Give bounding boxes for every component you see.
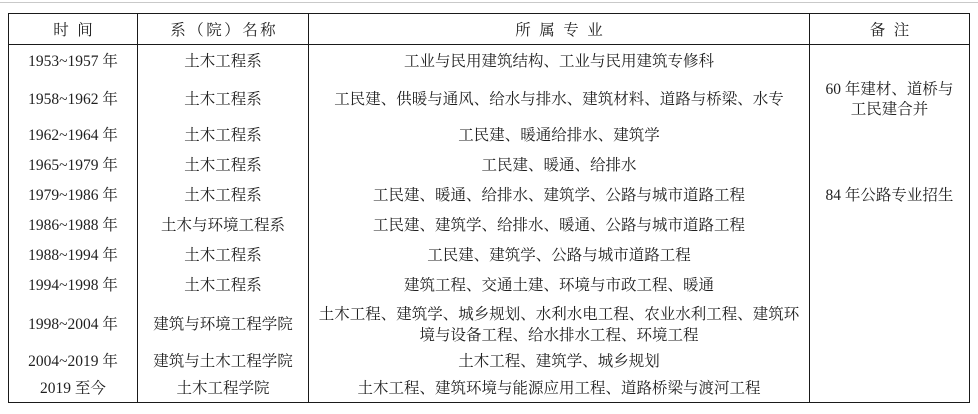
cell-majors: 土木工程、建筑环境与能源应用工程、道路桥梁与渡河工程 [309,375,810,403]
cell-remark [810,375,970,403]
cell-majors: 工民建、暖通给排水、建筑学 [309,121,810,151]
cell-time: 1962~1964 年 [9,121,138,151]
cell-time: 1953~1957 年 [9,45,138,79]
header-row: 时间 系（院）名称 所属专业 备注 [9,14,970,45]
cell-remark [810,241,970,271]
cell-time: 2019 至今 [9,375,138,403]
page-top-edge-line [0,2,978,3]
table-row: 1986~1988 年 土木与环境工程系 工民建、建筑学、给排水、暖通、公路与城… [9,211,970,241]
document-page: { "table": { "columns": ["时间", "系（院）名称",… [0,0,978,414]
cell-remark: 60 年建材、道桥与工民建合并 [810,79,970,121]
cell-dept: 土木工程系 [138,121,309,151]
cell-time: 1979~1986 年 [9,181,138,211]
cell-majors: 工民建、建筑学、给排水、暖通、公路与城市道路工程 [309,211,810,241]
col-header-remark: 备注 [810,14,970,45]
table-row: 1958~1962 年 土木工程系 工民建、供暖与通风、给水与排水、建筑材料、道… [9,79,970,121]
cell-majors: 工民建、暖通、给排水、建筑学、公路与城市道路工程 [309,181,810,211]
table-row: 1998~2004 年 建筑与环境工程学院 土木工程、建筑学、城乡规划、水利水电… [9,301,970,349]
cell-remark [810,271,970,301]
cell-remark: 84 年公路专业招生 [810,181,970,211]
cell-majors: 建筑工程、交通土建、环境与市政工程、暖通 [309,271,810,301]
cell-dept: 土木与环境工程系 [138,211,309,241]
cell-dept: 土木工程系 [138,271,309,301]
cell-time: 1994~1998 年 [9,271,138,301]
cell-majors: 工民建、暖通、给排水 [309,151,810,181]
table-row: 2004~2019 年 建筑与土木工程学院 土木工程、建筑学、城乡规划 [9,349,970,375]
table-row: 2019 至今 土木工程学院 土木工程、建筑环境与能源应用工程、道路桥梁与渡河工… [9,375,970,403]
cell-time: 1958~1962 年 [9,79,138,121]
cell-majors: 工业与民用建筑结构、工业与民用建筑专修科 [309,45,810,79]
table-row: 1962~1964 年 土木工程系 工民建、暖通给排水、建筑学 [9,121,970,151]
cell-majors: 工民建、供暖与通风、给水与排水、建筑材料、道路与桥梁、水专 [309,79,810,121]
table-row: 1953~1957 年 土木工程系 工业与民用建筑结构、工业与民用建筑专修科 [9,45,970,79]
col-header-dept: 系（院）名称 [138,14,309,45]
cell-dept: 土木工程系 [138,45,309,79]
table-row: 1994~1998 年 土木工程系 建筑工程、交通土建、环境与市政工程、暖通 [9,271,970,301]
cell-dept: 建筑与土木工程学院 [138,349,309,375]
cell-dept: 土木工程系 [138,151,309,181]
col-header-majors: 所属专业 [309,14,810,45]
cell-time: 1998~2004 年 [9,301,138,349]
cell-dept: 建筑与环境工程学院 [138,301,309,349]
cell-dept: 土木工程系 [138,79,309,121]
cell-majors: 工民建、建筑学、公路与城市道路工程 [309,241,810,271]
cell-dept: 土木工程学院 [138,375,309,403]
cell-majors: 土木工程、建筑学、城乡规划、水利水电工程、农业水利工程、建筑环境与设备工程、给水… [309,301,810,349]
table-row: 1965~1979 年 土木工程系 工民建、暖通、给排水 [9,151,970,181]
col-header-time: 时间 [9,14,138,45]
cell-time: 2004~2019 年 [9,349,138,375]
cell-dept: 土木工程系 [138,241,309,271]
cell-remark [810,301,970,349]
cell-dept: 土木工程系 [138,181,309,211]
cell-time: 1986~1988 年 [9,211,138,241]
cell-time: 1988~1994 年 [9,241,138,271]
cell-remark [810,45,970,79]
cell-remark [810,211,970,241]
cell-time: 1965~1979 年 [9,151,138,181]
cell-remark [810,349,970,375]
department-history-table: 时间 系（院）名称 所属专业 备注 1953~1957 年 土木工程系 工业与民… [8,13,970,403]
cell-remark [810,121,970,151]
cell-remark [810,151,970,181]
table-row: 1988~1994 年 土木工程系 工民建、建筑学、公路与城市道路工程 [9,241,970,271]
table-row: 1979~1986 年 土木工程系 工民建、暖通、给排水、建筑学、公路与城市道路… [9,181,970,211]
cell-majors: 土木工程、建筑学、城乡规划 [309,349,810,375]
